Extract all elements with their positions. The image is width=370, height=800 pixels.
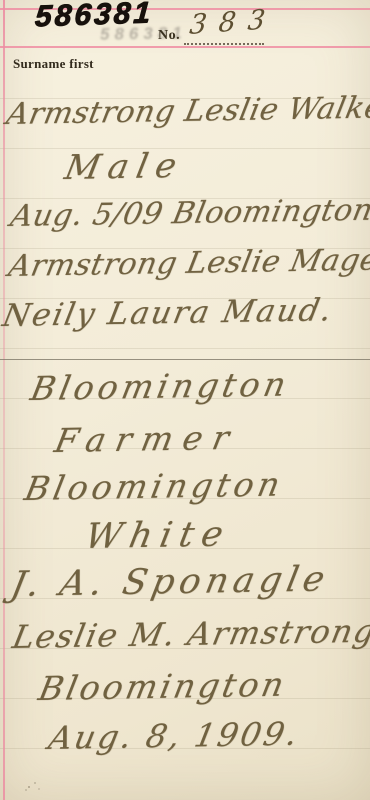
registration-card: 586381 586381 No. 383 Surname first Arms… [0,0,370,800]
informant-name-entry: Leslie M. Armstrong [10,615,370,653]
registration-date-entry: Aug. 8, 1909. [46,718,302,754]
surname-first-label: Surname first [13,56,94,72]
child-name-entry: Armstrong Leslie Walker [4,93,370,130]
mother-name-entry: Neily Laura Maud. [0,295,336,332]
father-name-entry: Armstrong Leslie Magee. [6,245,370,282]
paper-specks [28,786,30,788]
no-field-dotted-line [184,43,264,45]
birth-date-place-entry: Aug. 5/09 Bloomington [8,196,370,232]
header-bottom-rule [0,46,370,48]
residence-entry: Bloomington [28,368,293,405]
occupation-entry: Farmer [52,421,242,457]
birthplace-entry: Bloomington [22,468,287,505]
physician-name-entry: J. A. Sponagle [8,562,332,603]
section-divider-line [0,359,370,360]
left-margin-rule [3,0,5,800]
race-entry: White [82,517,234,555]
informant-residence-entry: Bloomington [36,668,289,705]
sex-entry: Male [62,149,187,185]
registration-number-handwritten: 383 [188,4,279,41]
serial-number-stamp: 586381 [34,0,154,34]
no-field-label: No. [158,28,180,44]
